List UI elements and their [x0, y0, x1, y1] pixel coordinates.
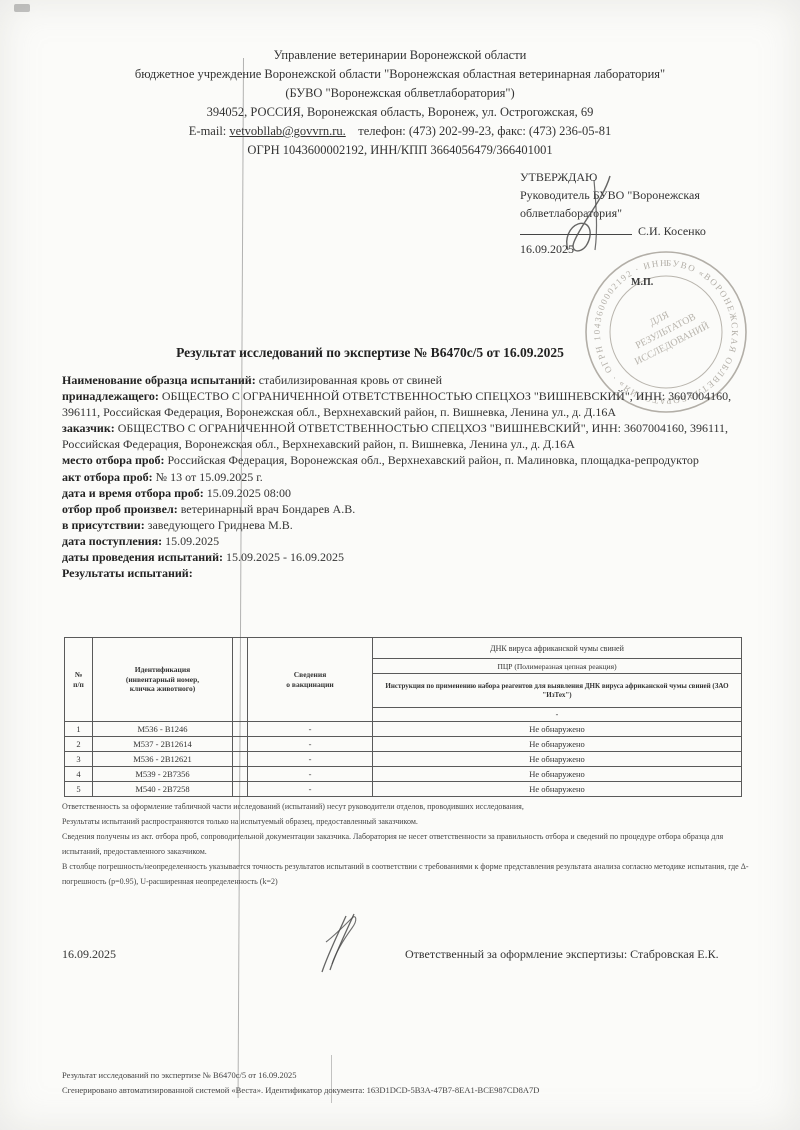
email-label: E-mail:: [189, 124, 227, 138]
scanned-document-page: Управление ветеринарии Воронежской облас…: [0, 0, 800, 1130]
field-sampling-datetime: дата и время отбора проб: 15.09.2025 08:…: [62, 485, 748, 501]
row-result: Не обнаружено: [373, 752, 742, 767]
footer-expertise-line: Результат исследований по экспертизе № В…: [62, 1068, 752, 1083]
table-row: 2 М537 - 2В12614 - Не обнаружено: [65, 737, 742, 752]
field-witness: в присутствии: заведующего Гриднева М.В.: [62, 517, 748, 533]
table-row: 5 М540 - 2В7258 - Не обнаружено: [65, 782, 742, 797]
footer-generated-line: Сгенерировано автоматизированной системо…: [62, 1083, 752, 1098]
contact-line: E-mail: vetvobllab@govvrn.ru. телефон: (…: [0, 122, 800, 141]
footnote: В столбце погрешность/неопределенность у…: [62, 859, 756, 889]
row-result: Не обнаружено: [373, 782, 742, 797]
footnotes: Ответственность за оформление табличной …: [62, 799, 756, 889]
document-fields: Наименование образца испытаний: стабилиз…: [62, 372, 748, 581]
row-vaccination: -: [248, 737, 373, 752]
ogrn-inn-line: ОГРН 1043600002192, ИНН/КПП 3664056479/3…: [0, 141, 800, 160]
results-table-wrapper: №п/п Идентификация(инвентарный номер,кли…: [64, 637, 741, 797]
document-footer: Результат исследований по экспертизе № В…: [62, 1068, 752, 1098]
approver-name: С.И. Косенко: [638, 224, 706, 238]
row-number: 3: [65, 752, 93, 767]
field-customer: заказчик: ОБЩЕСТВО С ОГРАНИЧЕННОЙ ОТВЕТС…: [62, 420, 748, 452]
row-vaccination: -: [248, 767, 373, 782]
row-number: 5: [65, 782, 93, 797]
row-number: 1: [65, 722, 93, 737]
row-vaccination: -: [248, 752, 373, 767]
footnote: Сведения получены из акт. отбора проб, с…: [62, 829, 756, 859]
field-sampling-place: место отбора проб: Российская Федерация,…: [62, 452, 748, 468]
col-header-pcr: ПЦР (Полимеразная цепная реакция): [373, 659, 742, 674]
document-title: Результат исследований по экспертизе № В…: [0, 345, 740, 361]
col-header-identification: Идентификация(инвентарный номер,кличка ж…: [93, 638, 233, 722]
row-identification: М539 - 2В7356: [93, 767, 233, 782]
col-header-number: №п/п: [65, 638, 93, 722]
scan-artifact-speck: [14, 4, 30, 12]
row-result: Не обнаружено: [373, 722, 742, 737]
scan-crease-line-2: [331, 1055, 332, 1103]
table-row: 4 М539 - 2В7356 - Не обнаружено: [65, 767, 742, 782]
row-number: 2: [65, 737, 93, 752]
org-name-line: бюджетное учреждение Воронежской области…: [0, 65, 800, 84]
row-result: Не обнаружено: [373, 737, 742, 752]
field-results-heading: Результаты испытаний:: [62, 565, 748, 581]
row-vaccination: -: [248, 782, 373, 797]
col-header-dnk: ДНК вируса африканской чумы свиней: [373, 638, 742, 659]
field-receipt-date: дата поступления: 15.09.2025: [62, 533, 748, 549]
col-header-vaccination: Сведенияо вакцинации: [248, 638, 373, 722]
field-sample-name: Наименование образца испытаний: стабилиз…: [62, 372, 748, 388]
col-header-dash: -: [373, 708, 742, 722]
signoff-date: 16.09.2025: [62, 947, 116, 962]
org-short-name-line: (БУВО "Воронежская облветлаборатория"): [0, 84, 800, 103]
letterhead: Управление ветеринарии Воронежской облас…: [0, 46, 800, 160]
mp-place-of-seal-label: М.П.: [631, 277, 653, 288]
responsible-signature: [316, 912, 366, 974]
email-link[interactable]: vetvobllab@govvrn.ru.: [229, 124, 345, 138]
field-sampler: отбор проб произвел: ветеринарный врач Б…: [62, 501, 748, 517]
row-result: Не обнаружено: [373, 767, 742, 782]
table-row: 3 М536 - 2В12621 - Не обнаружено: [65, 752, 742, 767]
field-test-dates: даты проведения испытаний: 15.09.2025 - …: [62, 549, 748, 565]
row-identification: М537 - 2В12614: [93, 737, 233, 752]
footnote: Результаты испытаний распространяются то…: [62, 814, 756, 829]
responsible-person-line: Ответственный за оформление экспертизы: …: [405, 947, 719, 962]
footnote: Ответственность за оформление табличной …: [62, 799, 756, 814]
row-identification: М540 - 2В7258: [93, 782, 233, 797]
field-owner: принадлежащего: ОБЩЕСТВО С ОГРАНИЧЕННОЙ …: [62, 388, 748, 420]
phone-fax-text: телефон: (473) 202-99-23, факс: (473) 23…: [358, 124, 611, 138]
row-number: 4: [65, 767, 93, 782]
director-signature: [548, 172, 638, 254]
table-header-row-1: №п/п Идентификация(инвентарный номер,кли…: [65, 638, 742, 659]
table-row: 1 М536 - В1246 - Не обнаружено: [65, 722, 742, 737]
row-identification: М536 - 2В12621: [93, 752, 233, 767]
row-vaccination: -: [248, 722, 373, 737]
col-header-instruction: Инструкция по применению набора реагенто…: [373, 674, 742, 708]
org-address-line: 394052, РОССИЯ, Воронежская область, Вор…: [0, 103, 800, 122]
row-identification: М536 - В1246: [93, 722, 233, 737]
results-table: №п/п Идентификация(инвентарный номер,кли…: [64, 637, 742, 797]
field-sampling-act: акт отбора проб: № 13 от 15.09.2025 г.: [62, 469, 748, 485]
org-parent-line: Управление ветеринарии Воронежской облас…: [0, 46, 800, 65]
